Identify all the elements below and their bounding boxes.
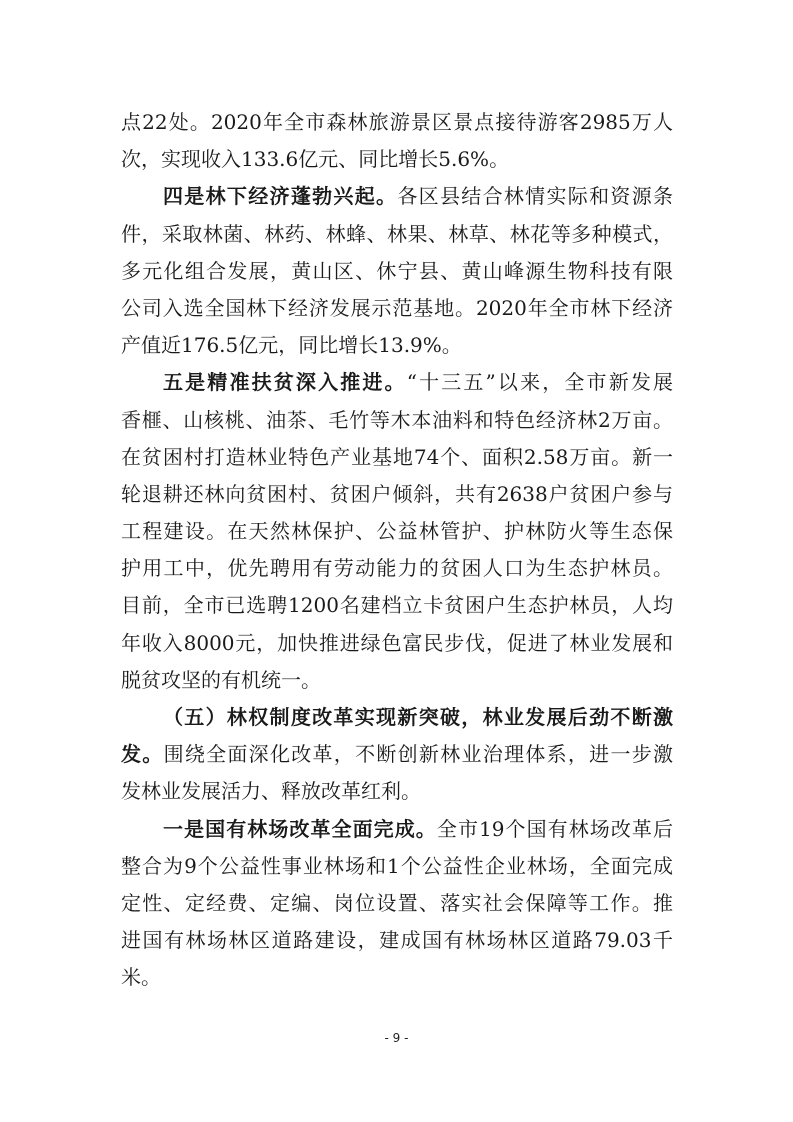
text-line: 产值近176.5亿元，同比增长13.9%。: [121, 327, 673, 364]
line-text: 轮退耕还林向贫困村、贫困户倾斜，共有2638户贫困户参与: [121, 482, 673, 506]
line-text: 目前，全市已选聘1200名建档立卡贫困户生态护林员，人均: [121, 593, 673, 617]
line-text: 米。: [121, 965, 161, 989]
text-line: 轮退耕还林向贫困村、贫困户倾斜，共有2638户贫困户参与: [121, 476, 673, 513]
text-line: 多元化组合发展，黄山区、休宁县、黄山峰源生物科技有限: [121, 253, 673, 290]
text-line: 护用工中，优先聘用有劳动能力的贫困人口为生态护林员。: [121, 550, 673, 587]
section-heading-line: （五）林权制度改革实现新突破，林业发展后劲不断激: [121, 699, 673, 736]
text-line: 整合为9个公益性事业林场和1个公益性企业林场，全面完成: [121, 848, 673, 885]
page-number: - 9 -: [0, 1031, 793, 1045]
line-text: 公司入选全国林下经济发展示范基地。2020年全市林下经济: [121, 296, 673, 320]
line-text: 多元化组合发展，黄山区、休宁县、黄山峰源生物科技有限: [121, 259, 673, 283]
line-text: 围绕全面深化改革，不断创新林业治理体系，进一步激: [164, 742, 673, 766]
line-text: 产值近176.5亿元，同比增长13.9%。: [121, 333, 462, 357]
line-text: 件，采取林菌、林药、林蜂、林果、林草、林花等多种模式，: [121, 222, 673, 246]
line-text: 在贫困村打造林业特色产业基地74个、面积2.58万亩。新一: [121, 445, 673, 469]
text-line: 公司入选全国林下经济发展示范基地。2020年全市林下经济: [121, 290, 673, 327]
text-line: 工程建设。在天然林保护、公益林管护、护林防火等生态保: [121, 513, 673, 550]
line-text: 发林业发展活力、释放改革红利。: [121, 779, 421, 803]
line-text: 护用工中，优先聘用有劳动能力的贫困人口为生态护林员。: [121, 556, 673, 580]
line-text: 进国有林场林区道路建设，建成国有林场林区道路79.03千: [121, 928, 673, 952]
text-line: 香榧、山核桃、油茶、毛竹等木本油料和特色经济林2万亩。: [121, 402, 673, 439]
bold-lead: 发。: [121, 742, 164, 766]
text-line: 件，采取林菌、林药、林蜂、林果、林草、林花等多种模式，: [121, 216, 673, 253]
text-line: 米。: [121, 959, 673, 996]
line-text: 全市19个国有林场改革后: [437, 817, 673, 841]
line-text: “十三五”以来，全市新发展: [407, 370, 673, 394]
text-line: 进国有林场林区道路建设，建成国有林场林区道路79.03千: [121, 922, 673, 959]
line-text: 点22处。2020年全市森林旅游景区景点接待游客2985万人: [121, 110, 673, 134]
text-line: 脱贫攻坚的有机统一。: [121, 662, 673, 699]
text-line: 次，实现收入133.6亿元、同比增长5.6%。: [121, 141, 673, 178]
text-line: 在贫困村打造林业特色产业基地74个、面积2.58万亩。新一: [121, 439, 673, 476]
text-line: 发。围绕全面深化改革，不断创新林业治理体系，进一步激: [121, 736, 673, 773]
bold-lead: 四是林下经济蓬勃兴起。: [163, 184, 397, 208]
paragraph-heading-line: 一是国有林场改革全面完成。全市19个国有林场改革后: [121, 811, 673, 848]
bold-lead: 一是国有林场改革全面完成。: [163, 817, 437, 841]
line-text: 定性、定经费、定编、岗位设置、落实社会保障等工作。推: [121, 891, 673, 915]
text-line: 年收入8000元，加快推进绿色富民步伐，促进了林业发展和: [121, 625, 673, 662]
line-text: 次，实现收入133.6亿元、同比增长5.6%。: [121, 147, 509, 171]
document-body: 点22处。2020年全市森林旅游景区景点接待游客2985万人 次，实现收入133…: [121, 104, 673, 997]
line-text: 各区县结合林情实际和资源条: [397, 184, 673, 208]
text-line: 点22处。2020年全市森林旅游景区景点接待游客2985万人: [121, 104, 673, 141]
line-text: 年收入8000元，加快推进绿色富民步伐，促进了林业发展和: [121, 631, 673, 655]
line-text: 工程建设。在天然林保护、公益林管护、护林防火等生态保: [121, 519, 673, 543]
text-line: 发林业发展活力、释放改革红利。: [121, 773, 673, 810]
bold-lead: 五是精准扶贫深入推进。: [163, 370, 407, 394]
bold-lead: （五）林权制度改革实现新突破，林业发展后劲不断激: [163, 705, 673, 729]
line-text: 整合为9个公益性事业林场和1个公益性企业林场，全面完成: [121, 854, 673, 878]
text-line: 定性、定经费、定编、岗位设置、落实社会保障等工作。推: [121, 885, 673, 922]
paragraph-heading-line: 四是林下经济蓬勃兴起。各区县结合林情实际和资源条: [121, 178, 673, 215]
line-text: 脱贫攻坚的有机统一。: [121, 668, 321, 692]
text-line: 目前，全市已选聘1200名建档立卡贫困户生态护林员，人均: [121, 587, 673, 624]
line-text: 香榧、山核桃、油茶、毛竹等木本油料和特色经济林2万亩。: [121, 408, 673, 432]
paragraph-heading-line: 五是精准扶贫深入推进。“十三五”以来，全市新发展: [121, 364, 673, 401]
